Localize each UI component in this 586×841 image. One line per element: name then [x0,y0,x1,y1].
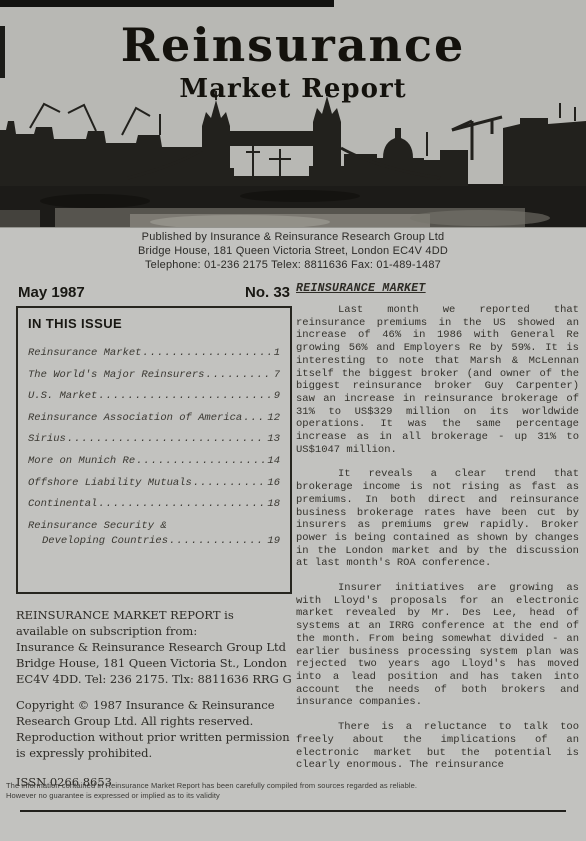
toc-item-page: 19 [267,535,280,548]
subscription-line: EC4V 4DD. Tel: 236 2175. Tlx: 8811636 RR… [16,671,292,687]
toc-list: Reinsurance Market......................… [28,347,280,548]
toc-item: Reinsurance Security &Developing Countri… [28,520,280,548]
toc-item-label: Offshore Liability Mutuals [28,477,192,490]
toc-item: The World's Major Reinsurers............… [28,369,280,382]
toc-item: Reinsurance Market......................… [28,347,280,360]
masthead-title: Reinsurance [0,18,586,72]
toc-item-label: U.S. Market [28,390,97,403]
toc-item-label: Sirius [28,433,66,446]
copyright-line: Reproduction without prior written permi… [16,729,292,745]
toc-item: Reinsurance Association of America......… [28,412,280,425]
toc-item: Sirius..................................… [28,433,280,446]
publisher-block: Published by Insurance & Reinsurance Res… [0,230,586,272]
toc-item-page: 1 [274,347,280,360]
footer-disclaimer: The information contained in Reinsurance… [6,781,580,800]
toc-item: Continental.............................… [28,498,280,511]
subscription-line: REINSURANCE MARKET REPORT is [16,607,292,623]
issue-number: No. 33 [245,284,290,301]
toc-item: Offshore Liability Mutuals..............… [28,477,280,490]
toc-item: More on Munich Re.......................… [28,455,280,468]
toc-item-page: 12 [267,412,280,425]
toc-item-page: 13 [267,433,280,446]
toc-item-label: Developing Countries [42,535,168,548]
article-body: Last month we reported that reinsurance … [296,304,579,772]
scan-artifact-mark [0,26,5,78]
subscription-line: Bridge House, 181 Queen Victoria St., Lo… [16,655,292,671]
publisher-line: Bridge House, 181 Queen Victoria Street,… [0,244,586,258]
toc-item-page: 9 [274,390,280,403]
issue-row: May 1987 No. 33 [16,284,292,301]
toc-item-page: 16 [267,477,280,490]
copyright-line: is expressly prohibited. [16,745,292,761]
scan-artifact-bar [0,0,334,7]
toc-item-label: Continental [28,498,97,511]
toc-item-page: 7 [274,369,280,382]
toc-item-label: Reinsurance Association of America [28,412,242,425]
copyright-line: Copyright © 1987 Insurance & Reinsurance [16,697,292,713]
newsletter-page: Reinsurance Market Report Published by I… [0,0,586,841]
toc-item-label: Reinsurance Security & [28,520,280,533]
toc-item-page: 18 [267,498,280,511]
publisher-line: Published by Insurance & Reinsurance Res… [0,230,586,244]
toc-item: U.S. Market.............................… [28,390,280,403]
toc-item-label: The World's Major Reinsurers [28,369,204,382]
article-paragraph: Insurer initiatives are growing as with … [296,582,579,709]
masthead: Reinsurance Market Report [0,0,586,228]
subscription-block: REINSURANCE MARKET REPORT isavailable on… [16,607,292,687]
toc-item-label: Reinsurance Market [28,347,141,360]
article-column: REINSURANCE MARKET Last month we reporte… [296,282,579,784]
toc-item-page: 14 [267,455,280,468]
footer-rule [20,810,566,812]
masthead-subtitle: Market Report [0,74,586,104]
subscription-line: available on subscription from: [16,623,292,639]
article-heading: REINSURANCE MARKET [296,282,579,295]
footer-line: However no guarantee is expressed or imp… [6,791,580,801]
subscription-line: Insurance & Reinsurance Research Group L… [16,639,292,655]
copyright-block: Copyright © 1987 Insurance & Reinsurance… [16,697,292,761]
article-paragraph: There is a reluctance to talk too freely… [296,721,579,772]
article-paragraph: Last month we reported that reinsurance … [296,304,579,456]
toc-heading: IN THIS ISSUE [28,316,280,331]
article-paragraph: It reveals a clear trend that brokerage … [296,468,579,570]
left-column: May 1987 No. 33 IN THIS ISSUE Reinsuranc… [16,284,292,789]
issue-date: May 1987 [18,284,85,301]
footer-line: The information contained in Reinsurance… [6,781,580,791]
publisher-line: Telephone: 01-236 2175 Telex: 8811636 Fa… [0,258,586,272]
copyright-line: Research Group Ltd. All rights reserved. [16,713,292,729]
toc-box: IN THIS ISSUE Reinsurance Market........… [16,306,292,594]
toc-item-label: More on Munich Re [28,455,135,468]
